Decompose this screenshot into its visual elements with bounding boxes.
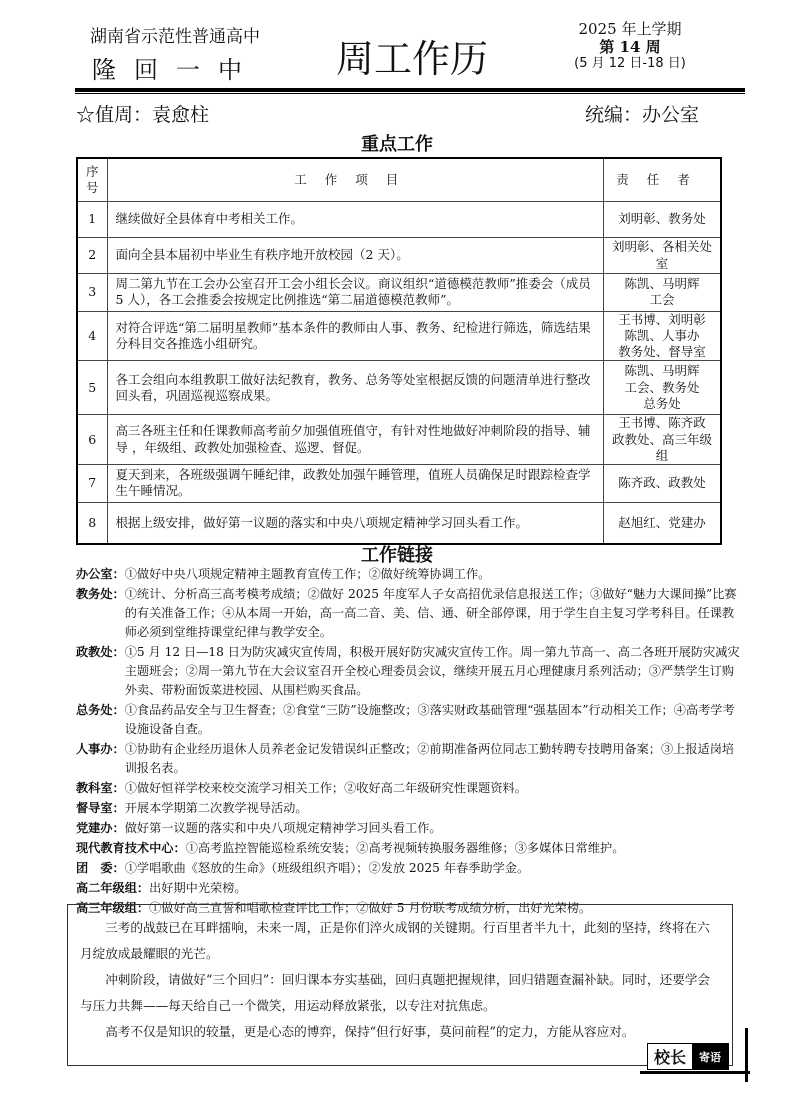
column-header-item: 工作项目 xyxy=(107,158,603,202)
list-item: 党建办：做好第一议题的落实和中央八项规定精神学习回头看工作。 xyxy=(76,819,740,838)
responsible-line: 赵旭红、党建办 xyxy=(606,515,718,531)
work-item: 各工会组向本组教职工做好法纪教育，教务、总务等处室根据反馈的问题清单进行整改回头… xyxy=(107,361,603,415)
duty-person: ☆值周：袁愈柱 xyxy=(76,100,209,127)
row-number: 7 xyxy=(77,465,107,503)
list-item: 总务处：①食品药品安全与卫生督查；②食堂“三防”设施整改；③落实财政基础管理“强… xyxy=(76,701,740,739)
responsible-party: 刘明彰、教务处 xyxy=(604,202,722,238)
key-work-table: 序号 工作项目 责任者 1继续做好全县体育中考相关工作。刘明彰、教务处2面向全县… xyxy=(76,157,722,545)
row-number: 8 xyxy=(77,502,107,544)
badge-horizontal-rule xyxy=(640,1071,750,1074)
responsible-party: 王书博、刘明彰陈凯、人事办教务处、督导室 xyxy=(604,311,722,361)
responsible-party: 王书博、陈齐政政教处、高三年级组 xyxy=(604,415,722,465)
department-label: 团 委： xyxy=(76,859,125,878)
department-label: 总务处： xyxy=(76,701,125,739)
row-number: 1 xyxy=(77,202,107,238)
row-number: 2 xyxy=(77,238,107,274)
list-item: 团 委：①学唱歌曲《怒放的生命》（班级组织齐唱）；②发放 2025 年春季助学金… xyxy=(76,859,740,878)
list-item: 教科室：①做好恒祥学校来校交流学习相关工作；②收好高二年级研究性课题资料。 xyxy=(76,779,740,798)
work-item: 对符合评选“第二届明星教师”基本条件的教师由人事、教务、纪检进行筛选，筛选结果分… xyxy=(107,311,603,361)
responsible-party: 赵旭红、党建办 xyxy=(604,502,722,544)
work-item: 继续做好全县体育中考相关工作。 xyxy=(107,202,603,238)
row-number: 3 xyxy=(77,274,107,312)
table-row: 6高三各班主任和任课教师高考前夕加强值班值守，有针对性地做好冲刺阶段的指导、辅导… xyxy=(77,415,721,465)
responsible-party: 陈凯、马明辉工会 xyxy=(604,274,722,312)
table-row: 4对符合评选“第二届明星教师”基本条件的教师由人事、教务、纪检进行筛选，筛选结果… xyxy=(77,311,721,361)
department-label: 教务处： xyxy=(76,585,125,642)
week-label: 第 14 周 xyxy=(560,38,700,56)
row-number: 4 xyxy=(77,311,107,361)
department-tasks: ①协助有企业经历退休人员养老金记发错误纠正整改；②前期准备两位同志工勤转聘专技聘… xyxy=(125,740,740,778)
work-item: 夏天到来，各班级强调午睡纪律，政教处加强午睡管理，值班人员确保足时跟踪检查学生午… xyxy=(107,465,603,503)
date-range: (5 月 12 日-18 日) xyxy=(560,56,700,72)
column-header-number: 序号 xyxy=(77,158,107,202)
responsible-line: 政教处、高三年级组 xyxy=(606,432,718,465)
table-row: 7夏天到来，各班级强调午睡纪律，政教处加强午睡管理，值班人员确保足时跟踪检查学生… xyxy=(77,465,721,503)
message-paragraph: 高考不仅是知识的较量，更是心态的博弈，保持“但行好事，莫问前程”的定力，方能从容… xyxy=(80,1019,720,1045)
responsible-line: 刘明彰、教务处 xyxy=(606,211,718,227)
responsible-party: 陈凯、马明辉工会、教务处总务处 xyxy=(604,361,722,415)
department-label: 督导室： xyxy=(76,799,125,818)
responsible-line: 总务处 xyxy=(606,396,718,412)
responsible-line: 教务处、督导室 xyxy=(606,344,718,360)
department-tasks: ①统计、分析高三高考模考成绩；②做好 2025 年度军人子女高招优录信息报送工作… xyxy=(125,585,740,642)
work-item: 根据上级安排，做好第一议题的落实和中央八项规定精神学习回头看工作。 xyxy=(107,502,603,544)
term-info: 2025 年上学期 第 14 周 (5 月 12 日-18 日) xyxy=(560,20,700,72)
badge-principal-label: 校长 xyxy=(648,1044,692,1069)
table-row: 2面向全县本届初中毕业生有秩序地开放校园（2 天）。刘明彰、各相关处室 xyxy=(77,238,721,274)
department-tasks: 开展本学期第二次教学视导活动。 xyxy=(125,799,740,818)
message-paragraph: 冲刺阶段，请做好“三个回归”：回归课本夯实基础，回归真题把握规律，回归错题查漏补… xyxy=(80,967,720,1019)
header-divider-thick xyxy=(75,88,745,92)
department-tasks: ①做好恒祥学校来校交流学习相关工作；②收好高二年级研究性课题资料。 xyxy=(125,779,740,798)
table-row: 3周二第九节在工会办公室召开工会小组长会议。商议组织“道德模范教师”推委会（成员… xyxy=(77,274,721,312)
department-label: 现代教育技术中心： xyxy=(76,839,186,858)
department-tasks: ①学唱歌曲《怒放的生命》（班级组织齐唱）；②发放 2025 年春季助学金。 xyxy=(125,859,740,878)
responsible-line: 陈凯、人事办 xyxy=(606,328,718,344)
term-label: 2025 年上学期 xyxy=(560,20,700,38)
responsible-line: 工会、教务处 xyxy=(606,380,718,396)
responsible-line: 王书博、陈齐政 xyxy=(606,415,718,431)
work-item: 面向全县本届初中毕业生有秩序地开放校园（2 天）。 xyxy=(107,238,603,274)
principal-message-badge: 校长 寄语 xyxy=(647,1043,729,1070)
responsible-party: 陈齐政、政教处 xyxy=(604,465,722,503)
row-number: 5 xyxy=(77,361,107,415)
table-row: 1继续做好全县体育中考相关工作。刘明彰、教务处 xyxy=(77,202,721,238)
department-tasks: 出好期中光荣榜。 xyxy=(149,879,740,898)
list-item: 人事办：①协助有企业经历退休人员养老金记发错误纠正整改；②前期准备两位同志工勤转… xyxy=(76,740,740,778)
department-label: 党建办： xyxy=(76,819,125,838)
table-header-row: 序号 工作项目 责任者 xyxy=(77,158,721,202)
responsible-line: 刘明彰、各相关处室 xyxy=(606,239,718,272)
list-item: 政教处：①5 月 12 日—18 日为防灾减灾宣传周，积极开展好防灾减灾宣传工作… xyxy=(76,643,740,700)
work-links-list: 办公室：①做好中央八项规定精神主题教育宣传工作；②做好统筹协调工作。教务处：①统… xyxy=(76,565,740,919)
principal-message-box: 三考的战鼓已在耳畔擂响，未来一周，正是你们淬火成钢的关键期。行百里者半九十，此刻… xyxy=(67,904,733,1066)
list-item: 高二年级组：出好期中光荣榜。 xyxy=(76,879,740,898)
list-item: 现代教育技术中心：①高考监控智能巡检系统安装；②高考视频转换服务器维修；③多媒体… xyxy=(76,839,740,858)
responsible-line: 陈凯、马明辉 xyxy=(606,276,718,292)
row-number: 6 xyxy=(77,415,107,465)
responsible-line: 工会 xyxy=(606,292,718,308)
department-label: 人事办： xyxy=(76,740,125,778)
department-tasks: ①做好中央八项规定精神主题教育宣传工作；②做好统筹协调工作。 xyxy=(125,565,740,584)
department-label: 政教处： xyxy=(76,643,125,700)
table-row: 8根据上级安排，做好第一议题的落实和中央八项规定精神学习回头看工作。赵旭红、党建… xyxy=(77,502,721,544)
responsible-line: 陈齐政、政教处 xyxy=(606,475,718,491)
section-title-work-links: 工作链接 xyxy=(0,541,794,567)
column-header-responsible: 责任者 xyxy=(604,158,722,202)
department-tasks: ①食品药品安全与卫生督查；②食堂“三防”设施整改；③落实财政基础管理“强基固本”… xyxy=(125,701,740,739)
department-label: 教科室： xyxy=(76,779,125,798)
department-tasks: ①高考监控智能巡检系统安装；②高考视频转换服务器维修；③多媒体日常维护。 xyxy=(186,839,740,858)
table-row: 5各工会组向本组教职工做好法纪教育，教务、总务等处室根据反馈的问题清单进行整改回… xyxy=(77,361,721,415)
section-title-key-work: 重点工作 xyxy=(0,130,794,156)
header-divider-thin xyxy=(75,93,745,94)
message-paragraph: 三考的战鼓已在耳畔擂响，未来一周，正是你们淬火成钢的关键期。行百里者半九十，此刻… xyxy=(80,915,720,967)
responsible-line: 王书博、刘明彰 xyxy=(606,312,718,328)
responsible-party: 刘明彰、各相关处室 xyxy=(604,238,722,274)
list-item: 督导室：开展本学期第二次教学视导活动。 xyxy=(76,799,740,818)
responsible-line: 陈凯、马明辉 xyxy=(606,363,718,379)
department-label: 办公室： xyxy=(76,565,125,584)
badge-message-label: 寄语 xyxy=(692,1044,728,1069)
list-item: 办公室：①做好中央八项规定精神主题教育宣传工作；②做好统筹协调工作。 xyxy=(76,565,740,584)
department-tasks: ①5 月 12 日—18 日为防灾减灾宣传周，积极开展好防灾减灾宣传工作。周一第… xyxy=(125,643,740,700)
work-item: 高三各班主任和任课教师高考前夕加强值班值守，有针对性地做好冲刺阶段的指导、辅导 … xyxy=(107,415,603,465)
editor-office: 统编：办公室 xyxy=(585,100,699,127)
work-item: 周二第九节在工会办公室召开工会小组长会议。商议组织“道德模范教师”推委会（成员 … xyxy=(107,274,603,312)
list-item: 教务处：①统计、分析高三高考模考成绩；②做好 2025 年度军人子女高招优录信息… xyxy=(76,585,740,642)
department-label: 高二年级组： xyxy=(76,879,149,898)
department-tasks: 做好第一议题的落实和中央八项规定精神学习回头看工作。 xyxy=(125,819,740,838)
